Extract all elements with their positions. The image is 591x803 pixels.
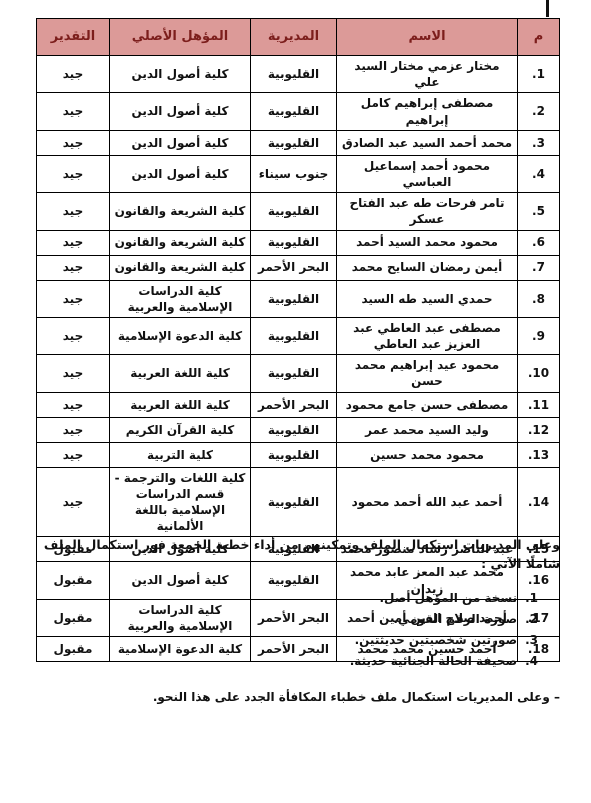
directorate-cell: جنوب سيناء [251, 155, 337, 192]
qualification-cell: كلية الشريعة والقانون [110, 230, 251, 255]
item-number: 3. [525, 630, 538, 651]
directorate-cell: البحر الأحمر [251, 392, 337, 417]
required-documents-list: 1.نسخة من المؤهل أصل.2.صورة الرقم القومي… [30, 588, 560, 672]
qualification-cell: كلية أصول الدين [110, 155, 251, 192]
grade-cell: جيد [37, 56, 110, 93]
row-number: 10. [518, 355, 560, 392]
directorate-cell: البحر الأحمر [251, 255, 337, 280]
directorate-cell: القليوبية [251, 193, 337, 230]
qualification-cell: كلية الشريعة والقانون [110, 193, 251, 230]
table-row: 9.مصطفى عبد العاطي عبد العزيز عبد العاطي… [37, 317, 560, 354]
qualification-cell: كلية التربية [110, 442, 251, 467]
item-text: صورة الرقم القومي. [393, 612, 517, 626]
table-row: 12.وليد السيد محمد عمرالقليوبيةكلية القر… [37, 417, 560, 442]
qualification-cell: كلية الدعوة الإسلامية [110, 317, 251, 354]
header-name: الاسم [337, 19, 518, 56]
table-row: 4.محمود أحمد إسماعيل العباسيجنوب سيناءكل… [37, 155, 560, 192]
directorate-cell: القليوبية [251, 467, 337, 537]
name-cell: محمد أحمد السيد عبد الصادق [337, 130, 518, 155]
table-row: 2.مصطفى إبراهيم كامل إبراهيمالقليوبيةكلي… [37, 93, 560, 130]
qualification-cell: كلية أصول الدين [110, 130, 251, 155]
row-number: 12. [518, 417, 560, 442]
directorate-cell: القليوبية [251, 442, 337, 467]
name-cell: أيمن رمضان السايح محمد [337, 255, 518, 280]
required-document-item: 1.نسخة من المؤهل أصل. [30, 588, 538, 609]
required-document-item: 4.صحيفة الحالة الجنائية حديثة. [30, 651, 538, 672]
notes-footer-paragraph: – وعلى المديريات استكمال ملف خطباء المكا… [30, 688, 560, 706]
grade-cell: جيد [37, 317, 110, 354]
qualification-cell: كلية أصول الدين [110, 56, 251, 93]
header-qualification: المؤهل الأصلي [110, 19, 251, 56]
row-number: 14. [518, 467, 560, 537]
notes-section: وعلى المديريات استكمال الملف وتمكينهم من… [30, 536, 560, 706]
item-number: 4. [525, 651, 538, 672]
name-cell: محمود محمد حسين [337, 442, 518, 467]
page-edge-mark [546, 0, 549, 17]
grade-cell: جيد [37, 442, 110, 467]
row-number: 2. [518, 93, 560, 130]
name-cell: محمود عيد إبراهيم محمد حسن [337, 355, 518, 392]
table-row: 10.محمود عيد إبراهيم محمد حسنالقليوبيةكل… [37, 355, 560, 392]
directorate-cell: القليوبية [251, 130, 337, 155]
row-number: 4. [518, 155, 560, 192]
grade-cell: جيد [37, 155, 110, 192]
directorate-cell: القليوبية [251, 280, 337, 317]
table-row: 3.محمد أحمد السيد عبد الصادقالقليوبيةكلي… [37, 130, 560, 155]
notes-intro-paragraph: وعلى المديريات استكمال الملف وتمكينهم من… [30, 536, 560, 574]
name-cell: مصطفى إبراهيم كامل إبراهيم [337, 93, 518, 130]
row-number: 1. [518, 56, 560, 93]
header-grade: التقدير [37, 19, 110, 56]
row-number: 6. [518, 230, 560, 255]
qualification-cell: كلية الدراسات الإسلامية والعربية [110, 280, 251, 317]
table-row: 6.محمود محمد السيد أحمدالقليوبيةكلية الش… [37, 230, 560, 255]
qualification-cell: كلية القرآن الكريم [110, 417, 251, 442]
grade-cell: جيد [37, 417, 110, 442]
qualification-cell: كلية اللغة العربية [110, 355, 251, 392]
grade-cell: جيد [37, 93, 110, 130]
required-document-item: 3.صورتين شخصيتين حديثتين. [30, 630, 538, 651]
header-directorate: المديرية [251, 19, 337, 56]
document-page: م الاسم المديرية المؤهل الأصلي التقدير 1… [0, 0, 591, 803]
name-cell: مختار عزمي مختار السيد علي [337, 56, 518, 93]
row-number: 5. [518, 193, 560, 230]
grade-cell: جيد [37, 130, 110, 155]
grade-cell: جيد [37, 193, 110, 230]
header-number: م [518, 19, 560, 56]
table-row: 8.حمدي السيد طه السيدالقليوبيةكلية الدرا… [37, 280, 560, 317]
item-text: صحيفة الحالة الجنائية حديثة. [350, 654, 517, 668]
required-document-item: 2.صورة الرقم القومي. [30, 609, 538, 630]
name-cell: مصطفى حسن جامع محمود [337, 392, 518, 417]
table-row: 5.تامر فرحات طه عبد الفتاح عسكرالقليوبية… [37, 193, 560, 230]
table-header-row: م الاسم المديرية المؤهل الأصلي التقدير [37, 19, 560, 56]
name-cell: تامر فرحات طه عبد الفتاح عسكر [337, 193, 518, 230]
name-cell: حمدي السيد طه السيد [337, 280, 518, 317]
qualification-cell: كلية اللغة العربية [110, 392, 251, 417]
row-number: 8. [518, 280, 560, 317]
item-number: 1. [525, 588, 538, 609]
grade-cell: جيد [37, 255, 110, 280]
directorate-cell: القليوبية [251, 417, 337, 442]
directorate-cell: القليوبية [251, 230, 337, 255]
row-number: 11. [518, 392, 560, 417]
grade-cell: جيد [37, 392, 110, 417]
item-text: نسخة من المؤهل أصل. [379, 591, 517, 605]
directorate-cell: القليوبية [251, 93, 337, 130]
qualification-cell: كلية اللغات والترجمة - قسم الدراسات الإس… [110, 467, 251, 537]
qualification-cell: كلية أصول الدين [110, 93, 251, 130]
item-text: صورتين شخصيتين حديثتين. [355, 633, 518, 647]
directorate-cell: القليوبية [251, 355, 337, 392]
row-number: 9. [518, 317, 560, 354]
table-row: 14.أحمد عبد الله أحمد محمودالقليوبيةكلية… [37, 467, 560, 537]
directorate-cell: القليوبية [251, 56, 337, 93]
table-row: 7.أيمن رمضان السايح محمدالبحر الأحمركلية… [37, 255, 560, 280]
item-number: 2. [525, 609, 538, 630]
table-row: 13.محمود محمد حسينالقليوبيةكلية التربيةج… [37, 442, 560, 467]
table-row: 1.مختار عزمي مختار السيد عليالقليوبيةكلي… [37, 56, 560, 93]
table-row: 11.مصطفى حسن جامع محمودالبحر الأحمركلية … [37, 392, 560, 417]
grade-cell: جيد [37, 355, 110, 392]
grade-cell: جيد [37, 467, 110, 537]
row-number: 13. [518, 442, 560, 467]
row-number: 3. [518, 130, 560, 155]
grade-cell: جيد [37, 230, 110, 255]
name-cell: محمود محمد السيد أحمد [337, 230, 518, 255]
name-cell: وليد السيد محمد عمر [337, 417, 518, 442]
name-cell: محمود أحمد إسماعيل العباسي [337, 155, 518, 192]
grade-cell: جيد [37, 280, 110, 317]
qualification-cell: كلية الشريعة والقانون [110, 255, 251, 280]
row-number: 7. [518, 255, 560, 280]
directorate-cell: القليوبية [251, 317, 337, 354]
name-cell: مصطفى عبد العاطي عبد العزيز عبد العاطي [337, 317, 518, 354]
name-cell: أحمد عبد الله أحمد محمود [337, 467, 518, 537]
